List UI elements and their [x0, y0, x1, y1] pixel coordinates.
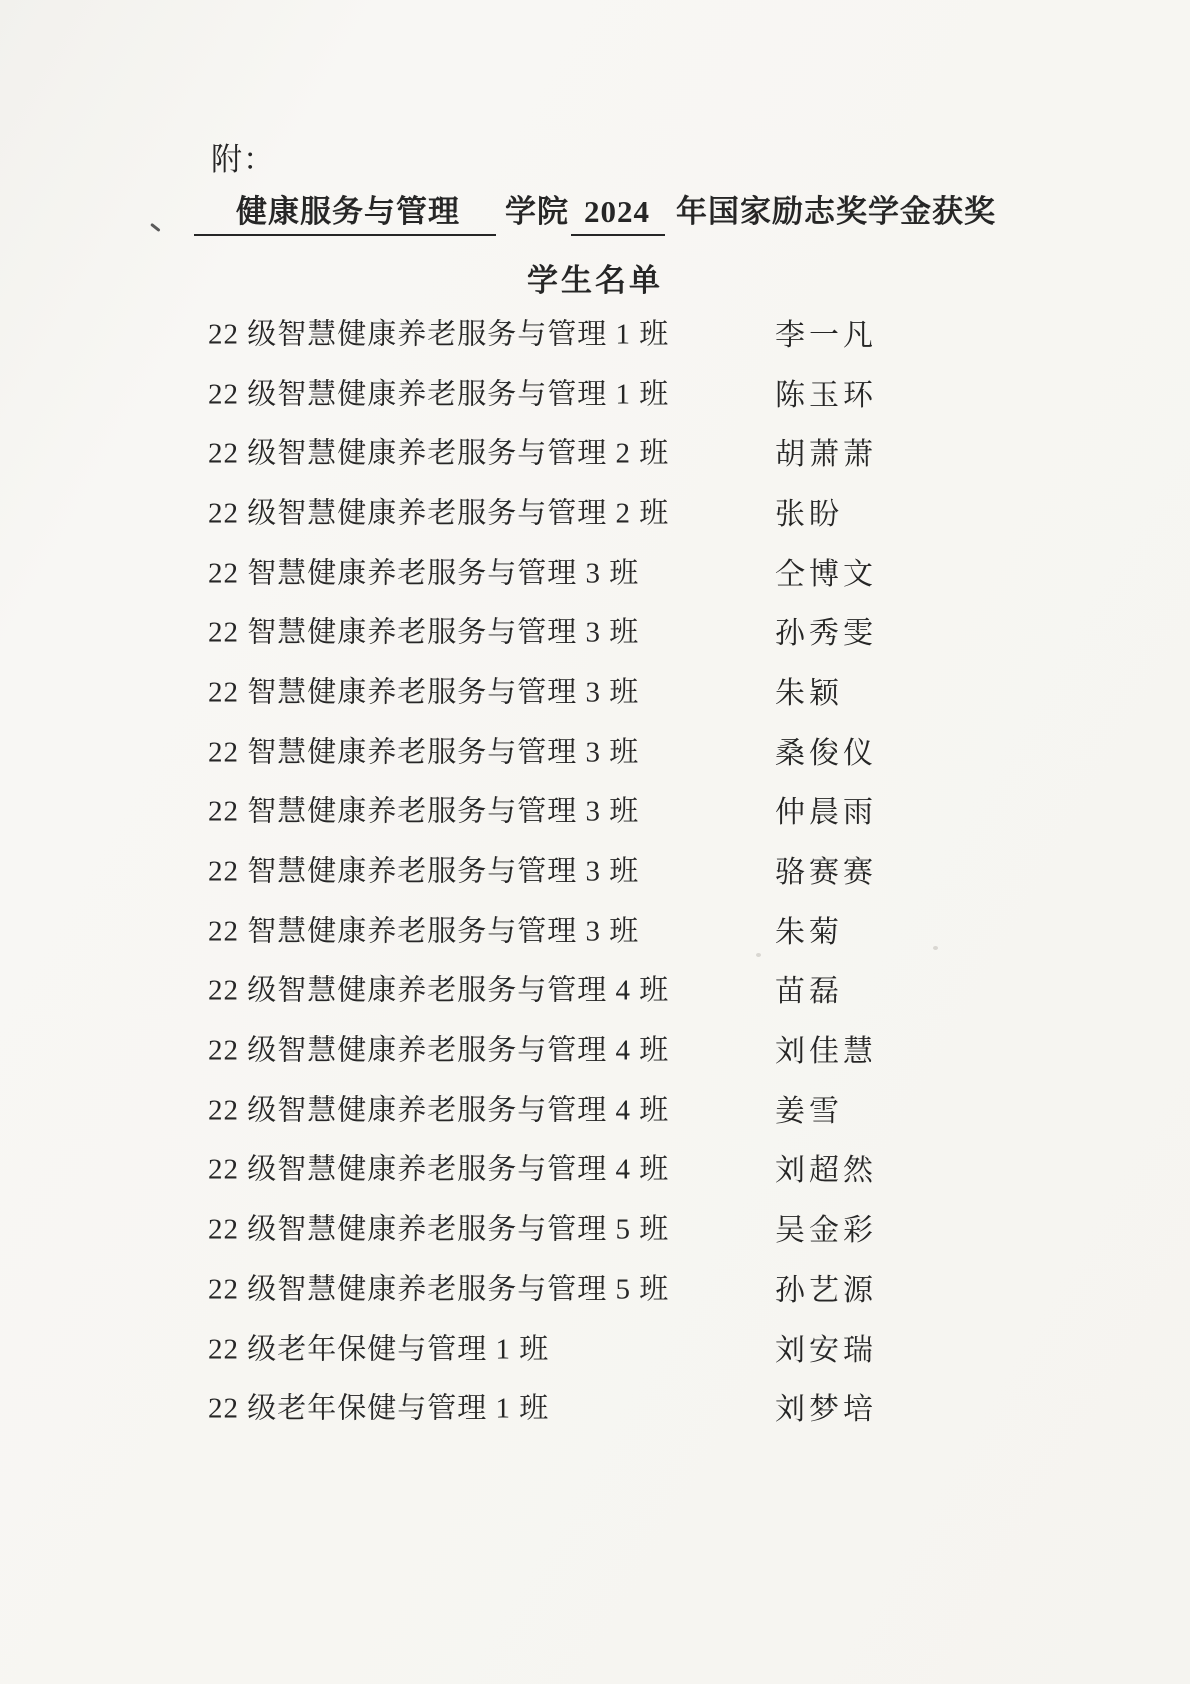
class-label: 22 级智慧健康养老服务与管理 1 班 [208, 371, 669, 412]
student-name: 苗磊 [775, 966, 843, 1010]
student-name: 仲晨雨 [775, 787, 877, 831]
student-name: 吴金彩 [775, 1205, 877, 1249]
student-name: 刘佳慧 [775, 1026, 877, 1070]
student-row: 22 级智慧健康养老服务与管理 4 班姜雪 [0, 1078, 1190, 1138]
student-name: 李一凡 [775, 310, 877, 354]
student-row: 22 级老年保健与管理 1 班刘梦培 [0, 1376, 1190, 1436]
student-name: 刘梦培 [775, 1384, 877, 1428]
class-label: 22 级智慧健康养老服务与管理 5 班 [208, 1266, 669, 1307]
student-name: 刘超然 [775, 1145, 877, 1189]
title-college-word: 学院 [505, 194, 569, 229]
class-label: 22 级智慧健康养老服务与管理 4 班 [208, 1028, 669, 1069]
class-label: 22 级智慧健康养老服务与管理 2 班 [208, 431, 669, 472]
student-row: 22 智慧健康养老服务与管理 3 班朱颖 [0, 660, 1190, 720]
scanned-document-page: 附： 健康服务与管理学院2024年国家励志奖学金获奖 学生名单 22 级智慧健康… [0, 0, 1190, 1684]
class-label: 22 智慧健康养老服务与管理 3 班 [208, 610, 639, 651]
document-title-line1: 健康服务与管理学院2024年国家励志奖学金获奖 [0, 186, 1190, 231]
student-name: 张盼 [775, 489, 843, 533]
class-label: 22 智慧健康养老服务与管理 3 班 [208, 550, 639, 591]
student-row: 22 级智慧健康养老服务与管理 5 班吴金彩 [0, 1197, 1190, 1257]
document-title-line2: 学生名单 [0, 255, 1190, 300]
class-label: 22 级智慧健康养老服务与管理 5 班 [208, 1207, 669, 1248]
student-row: 22 级智慧健康养老服务与管理 5 班孙艺源 [0, 1257, 1190, 1317]
class-label: 22 级智慧健康养老服务与管理 4 班 [208, 1147, 669, 1188]
student-row: 22 级智慧健康养老服务与管理 2 班张盼 [0, 481, 1190, 541]
class-label: 22 级智慧健康养老服务与管理 2 班 [208, 490, 669, 531]
title-suffix: 年国家励志奖学金获奖 [676, 194, 996, 229]
student-row: 22 级智慧健康养老服务与管理 2 班胡萧萧 [0, 421, 1190, 481]
student-row: 22 级智慧健康养老服务与管理 4 班苗磊 [0, 959, 1190, 1019]
student-row: 22 智慧健康养老服务与管理 3 班仲晨雨 [0, 780, 1190, 840]
student-name: 孙秀雯 [775, 608, 877, 652]
class-label: 22 级老年保健与管理 1 班 [208, 1326, 549, 1367]
student-name: 桑俊仪 [775, 728, 877, 772]
student-name: 陈玉环 [775, 370, 877, 414]
attachment-label: 附： [211, 134, 275, 179]
student-list: 22 级智慧健康养老服务与管理 1 班李一凡22 级智慧健康养老服务与管理 1 … [0, 302, 1190, 1436]
student-row: 22 级智慧健康养老服务与管理 4 班刘超然 [0, 1138, 1190, 1198]
student-row: 22 级智慧健康养老服务与管理 1 班李一凡 [0, 302, 1190, 362]
student-name: 孙艺源 [775, 1265, 877, 1309]
student-name: 骆赛赛 [775, 847, 877, 891]
student-row: 22 级老年保健与管理 1 班刘安瑞 [0, 1317, 1190, 1377]
class-label: 22 智慧健康养老服务与管理 3 班 [208, 849, 639, 890]
student-name: 仝博文 [775, 549, 877, 593]
student-name: 胡萧萧 [775, 429, 877, 473]
student-name: 朱颖 [775, 668, 843, 712]
class-label: 22 智慧健康养老服务与管理 3 班 [208, 908, 639, 949]
student-row: 22 智慧健康养老服务与管理 3 班骆赛赛 [0, 839, 1190, 899]
student-row: 22 级智慧健康养老服务与管理 4 班刘佳慧 [0, 1018, 1190, 1078]
class-label: 22 智慧健康养老服务与管理 3 班 [208, 669, 639, 710]
class-label: 22 级智慧健康养老服务与管理 4 班 [208, 968, 669, 1009]
class-label: 22 级老年保健与管理 1 班 [208, 1386, 549, 1427]
class-label: 22 级智慧健康养老服务与管理 1 班 [208, 311, 669, 352]
student-name: 朱菊 [775, 907, 843, 951]
student-row: 22 智慧健康养老服务与管理 3 班仝博文 [0, 541, 1190, 601]
student-row: 22 智慧健康养老服务与管理 3 班孙秀雯 [0, 600, 1190, 660]
student-row: 22 智慧健康养老服务与管理 3 班桑俊仪 [0, 720, 1190, 780]
class-label: 22 智慧健康养老服务与管理 3 班 [208, 729, 639, 770]
class-label: 22 级智慧健康养老服务与管理 4 班 [208, 1087, 669, 1128]
student-row: 22 智慧健康养老服务与管理 3 班朱菊 [0, 899, 1190, 959]
title-department-underlined: 健康服务与管理 [194, 194, 496, 236]
student-row: 22 级智慧健康养老服务与管理 1 班陈玉环 [0, 362, 1190, 422]
title-year-underlined: 2024 [571, 194, 665, 236]
class-label: 22 智慧健康养老服务与管理 3 班 [208, 789, 639, 830]
student-name: 刘安瑞 [775, 1325, 877, 1369]
student-name: 姜雪 [775, 1086, 843, 1130]
